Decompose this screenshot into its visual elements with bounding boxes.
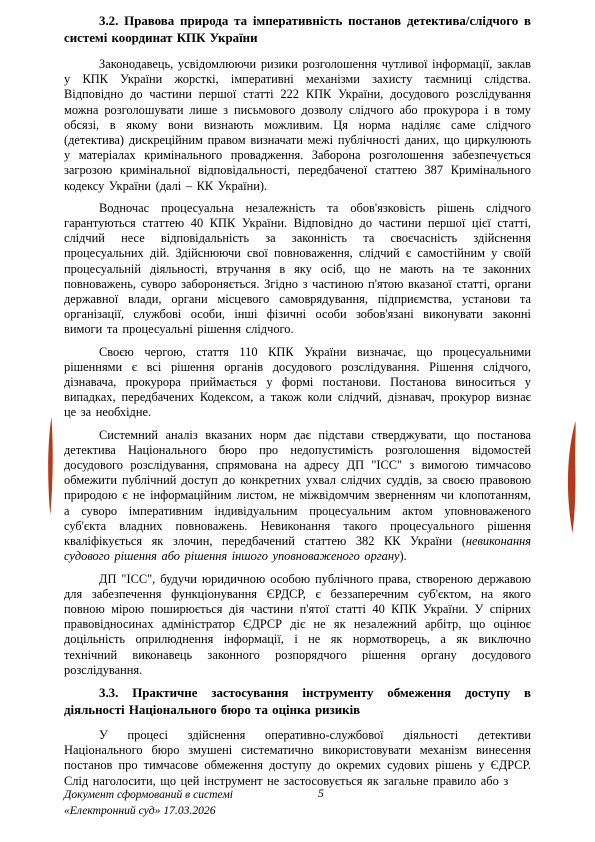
paragraph-system-analysis: Системний аналіз вказаних норм дає підст…: [64, 428, 531, 565]
paragraph-practice: У процесі здійснення оперативно-службово…: [64, 728, 531, 789]
document-page: 3.2. Правова природа та імперативність п…: [0, 0, 595, 842]
page-number: 5: [318, 787, 324, 800]
red-pen-stroke-right-icon: [562, 421, 580, 533]
paragraph-independence: Водночас процесуальна незалежність та об…: [64, 201, 531, 338]
generated-stamp: Документ сформований в системі «Електрон…: [64, 787, 233, 818]
generated-stamp-line1: Документ сформований в системі: [64, 787, 233, 803]
section-heading-3-3: 3.3. Практичне застосування інструменту …: [64, 685, 531, 719]
document-body: 3.2. Правова природа та імперативність п…: [64, 13, 531, 796]
paragraph-dp-icc: ДП "ІСС", будучи юридичною особою публіч…: [64, 572, 531, 678]
red-pen-stroke-left-icon: [45, 417, 57, 515]
section-heading-3-2: 3.2. Правова природа та імперативність п…: [64, 13, 531, 47]
paragraph-article-110: Своєю чергою, стаття 110 КПК України виз…: [64, 345, 531, 421]
paragraph-law-basis: Законодавець, усвідомлюючи ризики розгол…: [64, 57, 531, 194]
paragraph-text: Системний аналіз вказаних норм дає підст…: [64, 428, 531, 548]
paragraph-text: ).: [399, 549, 406, 563]
generated-stamp-line2: «Електронний суд» 17.03.2026: [64, 803, 233, 819]
